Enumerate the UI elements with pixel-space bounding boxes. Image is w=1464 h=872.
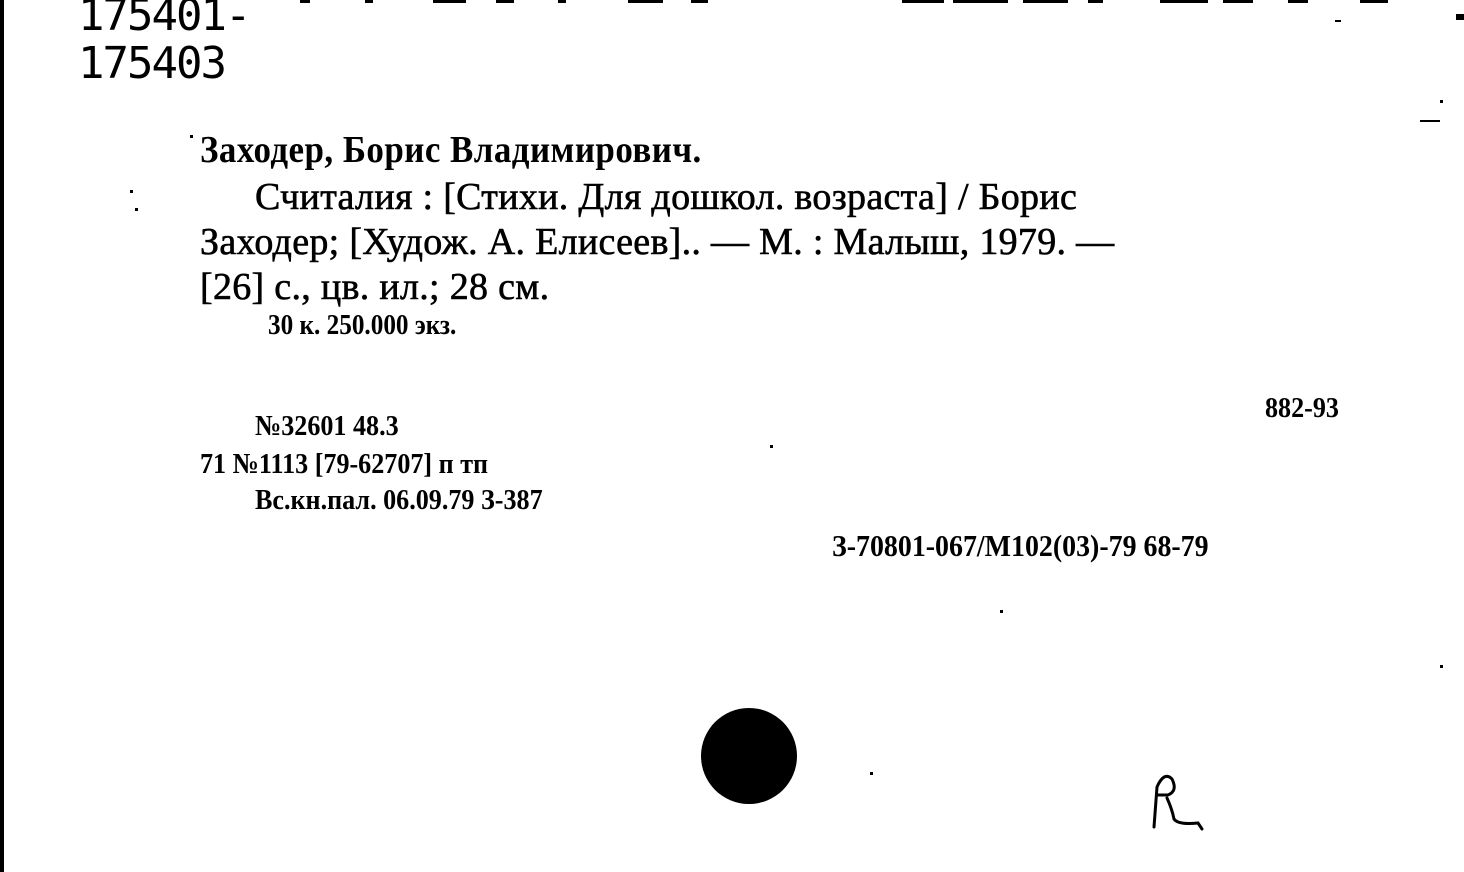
card-top-edge (496, 0, 514, 3)
card-top-edge (1360, 0, 1388, 3)
card-top-edge (1160, 0, 1208, 3)
publisher-index: З-70801-067/М102(03)-79 68-79 (832, 528, 1209, 564)
card-left-edge (0, 0, 4, 872)
card-top-edge (433, 0, 466, 3)
card-right-edge-mark (1456, 14, 1464, 20)
card-punch-hole (701, 708, 797, 804)
description-line-3: [26] с., цв. ил.; 28 см. (200, 265, 549, 309)
card-top-edge (628, 0, 663, 3)
card-top-edge (300, 0, 310, 3)
speck (130, 190, 133, 193)
speck (1335, 20, 1341, 22)
card-top-edge (1288, 0, 1308, 3)
card-top-edge (1088, 0, 1103, 3)
speck (1000, 610, 1003, 613)
card-top-edge (691, 0, 708, 3)
speck (1440, 100, 1443, 103)
speck (1420, 120, 1440, 122)
speck (135, 208, 138, 211)
card-top-edge (1223, 0, 1253, 3)
card-top-edge (953, 0, 1008, 3)
inventory-number-1: 175401- (78, 0, 249, 36)
speck (190, 135, 193, 138)
description-line-1: Считалия : [Стихи. Для дошкол. возраста]… (255, 175, 1077, 219)
printing-line-1: №32601 48.3 (255, 410, 399, 443)
card-top-edge (558, 0, 566, 3)
inventory-number-2: 175403 (78, 44, 225, 84)
printing-line-3: Вс.кн.пал. 06.09.79 З-387 (255, 484, 543, 517)
printing-line-2: 71 №1113 [79-62707] п тп (200, 448, 488, 481)
description-line-2: Заходер; [Худож. А. Елисеев].. — М. : Ма… (200, 220, 1114, 264)
catalog-code: 882-93 (1265, 392, 1339, 425)
handwritten-mark-icon (1140, 765, 1220, 845)
speck (870, 772, 873, 775)
card-top-edge (1023, 0, 1068, 3)
price-and-print-run: 30 к. 250.000 экз. (268, 310, 456, 342)
author-heading: Заходер, Борис Владимирович. (200, 128, 702, 172)
speck (1440, 665, 1443, 668)
card-top-edge (365, 0, 373, 3)
card-top-edge (902, 0, 944, 3)
speck (770, 445, 773, 448)
catalog-card: 175401- 175403 Заходер, Борис Владимиров… (0, 0, 1464, 872)
